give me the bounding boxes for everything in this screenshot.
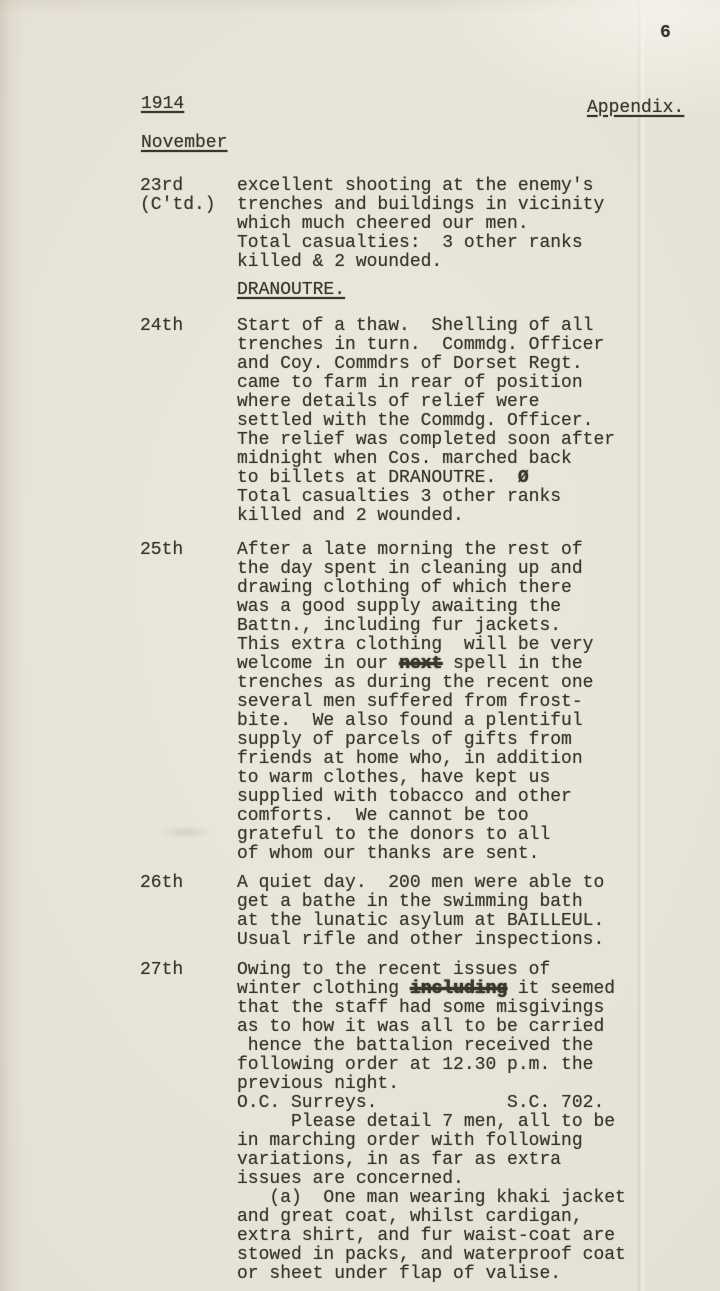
entry-body: After a late morning the rest ofthe day …: [237, 541, 680, 864]
diary-entries: 23rd(C'td.)excellent shooting at the ene…: [140, 177, 680, 1284]
entry-line: O.C. Surreys. S.C. 702.: [237, 1094, 680, 1113]
entry-line: winter clothing including it seemed: [237, 980, 680, 999]
entry-line: trenches in turn. Commdg. Officer: [237, 336, 680, 355]
entry-line: of whom our thanks are sent.: [237, 845, 680, 864]
entry-line: Please detail 7 men, all to be: [237, 1113, 680, 1132]
entry-line: in marching order with following: [237, 1132, 680, 1151]
page-number: 6: [660, 24, 671, 43]
entry-date: 25th: [140, 541, 237, 560]
appendix-heading: Appendix.: [587, 99, 684, 118]
entry-line: welcome in our next spell in the: [237, 655, 680, 674]
entry-line: grateful to the donors to all: [237, 826, 680, 845]
entry-line: trenches and buildings in vicinity: [237, 196, 680, 215]
month-heading: November: [141, 134, 227, 153]
entry-line: After a late morning the rest of: [237, 541, 680, 560]
entry-body: A quiet day. 200 men were able toget a b…: [237, 874, 680, 950]
entry-line: stowed in packs, and waterproof coat: [237, 1246, 680, 1265]
entry-line: was a good supply awaiting the: [237, 598, 680, 617]
entry-line: to warm clothes, have kept us: [237, 769, 680, 788]
entry-line: Total casualties 3 other ranks: [237, 488, 680, 507]
entry-line: Total casualties: 3 other ranks: [237, 234, 680, 253]
entry-line: excellent shooting at the enemy's: [237, 177, 680, 196]
entry-line: and Coy. Commdrs of Dorset Regt.: [237, 355, 680, 374]
entry-line: following order at 12.30 p.m. the: [237, 1056, 680, 1075]
entry-line: comforts. We cannot be too: [237, 807, 680, 826]
entry-line: killed and 2 wounded.: [237, 507, 680, 526]
entry-line: supply of parcels of gifts from: [237, 731, 680, 750]
struck-out-word: next: [399, 654, 442, 674]
year-heading: 1914: [141, 95, 184, 114]
entry-body: excellent shooting at the enemy'strenche…: [237, 177, 680, 272]
entry-line: previous night.: [237, 1075, 680, 1094]
entry-line: extra shirt, and fur waist-coat are: [237, 1227, 680, 1246]
entry-date: 24th: [140, 317, 237, 336]
entry-line: issues are concerned.: [237, 1170, 680, 1189]
entry-line: or sheet under flap of valise.: [237, 1265, 680, 1284]
entry-line: The relief was completed soon after: [237, 431, 680, 450]
entry-line: Battn., including fur jackets.: [237, 617, 680, 636]
diary-entry: 24thStart of a thaw. Shelling of alltren…: [140, 317, 680, 526]
entry-line: A quiet day. 200 men were able to: [237, 874, 680, 893]
diary-entry: 23rd(C'td.)excellent shooting at the ene…: [140, 177, 680, 272]
entry-line: to billets at DRANOUTRE. Ø: [237, 469, 680, 488]
entry-line: that the staff had some misgivings: [237, 999, 680, 1018]
entry-line: as to how it was all to be carried: [237, 1018, 680, 1037]
entry-date: 27th: [140, 961, 237, 980]
diary-entry: DRANOUTRE.: [140, 281, 680, 300]
entry-line: the day spent in cleaning up and: [237, 560, 680, 579]
entry-line: Start of a thaw. Shelling of all: [237, 317, 680, 336]
entry-line: Owing to the recent issues of: [237, 961, 680, 980]
entry-line: This extra clothing will be very: [237, 636, 680, 655]
entry-line: hence the battalion received the: [237, 1037, 680, 1056]
entry-line: several men suffered from frost-: [237, 693, 680, 712]
entry-line: get a bathe in the swimming bath: [237, 893, 680, 912]
entry-line: variations, in as far as extra: [237, 1151, 680, 1170]
entry-line: at the lunatic asylum at BAILLEUL.: [237, 912, 680, 931]
entry-line: settled with the Commdg. Officer.: [237, 412, 680, 431]
entry-line: DRANOUTRE.: [237, 281, 680, 300]
entry-line: drawing clothing of which there: [237, 579, 680, 598]
diary-entry: 25thAfter a late morning the rest ofthe …: [140, 541, 680, 864]
entry-line: trenches as during the recent one: [237, 674, 680, 693]
diary-entry: 26thA quiet day. 200 men were able toget…: [140, 874, 680, 950]
entry-line: friends at home who, in addition: [237, 750, 680, 769]
entry-date: 26th: [140, 874, 237, 893]
entry-date: 23rd(C'td.): [140, 177, 237, 215]
entry-line: bite. We also found a plentiful: [237, 712, 680, 731]
entry-line: (a) One man wearing khaki jacket: [237, 1189, 680, 1208]
entry-line: Usual rifle and other inspections.: [237, 931, 680, 950]
entry-body: DRANOUTRE.: [237, 281, 680, 300]
underlined-heading: DRANOUTRE.: [237, 280, 345, 300]
entry-line: killed & 2 wounded.: [237, 253, 680, 272]
entry-line: and great coat, whilst cardigan,: [237, 1208, 680, 1227]
scanned-war-diary-page: { "page": { "number": "6" }, "header": {…: [0, 0, 720, 1291]
entry-line: came to farm in rear of position: [237, 374, 680, 393]
entry-line: supplied with tobacco and other: [237, 788, 680, 807]
entry-body: Start of a thaw. Shelling of alltrenches…: [237, 317, 680, 526]
overtyped-character: Ø: [518, 468, 529, 488]
entry-line: midnight when Cos. marched back: [237, 450, 680, 469]
entry-line: where details of relief were: [237, 393, 680, 412]
struck-out-word: including: [410, 979, 507, 999]
entry-line: which much cheered our men.: [237, 215, 680, 234]
entry-body: Owing to the recent issues ofwinter clot…: [237, 961, 680, 1284]
diary-entry: 27thOwing to the recent issues ofwinter …: [140, 961, 680, 1284]
